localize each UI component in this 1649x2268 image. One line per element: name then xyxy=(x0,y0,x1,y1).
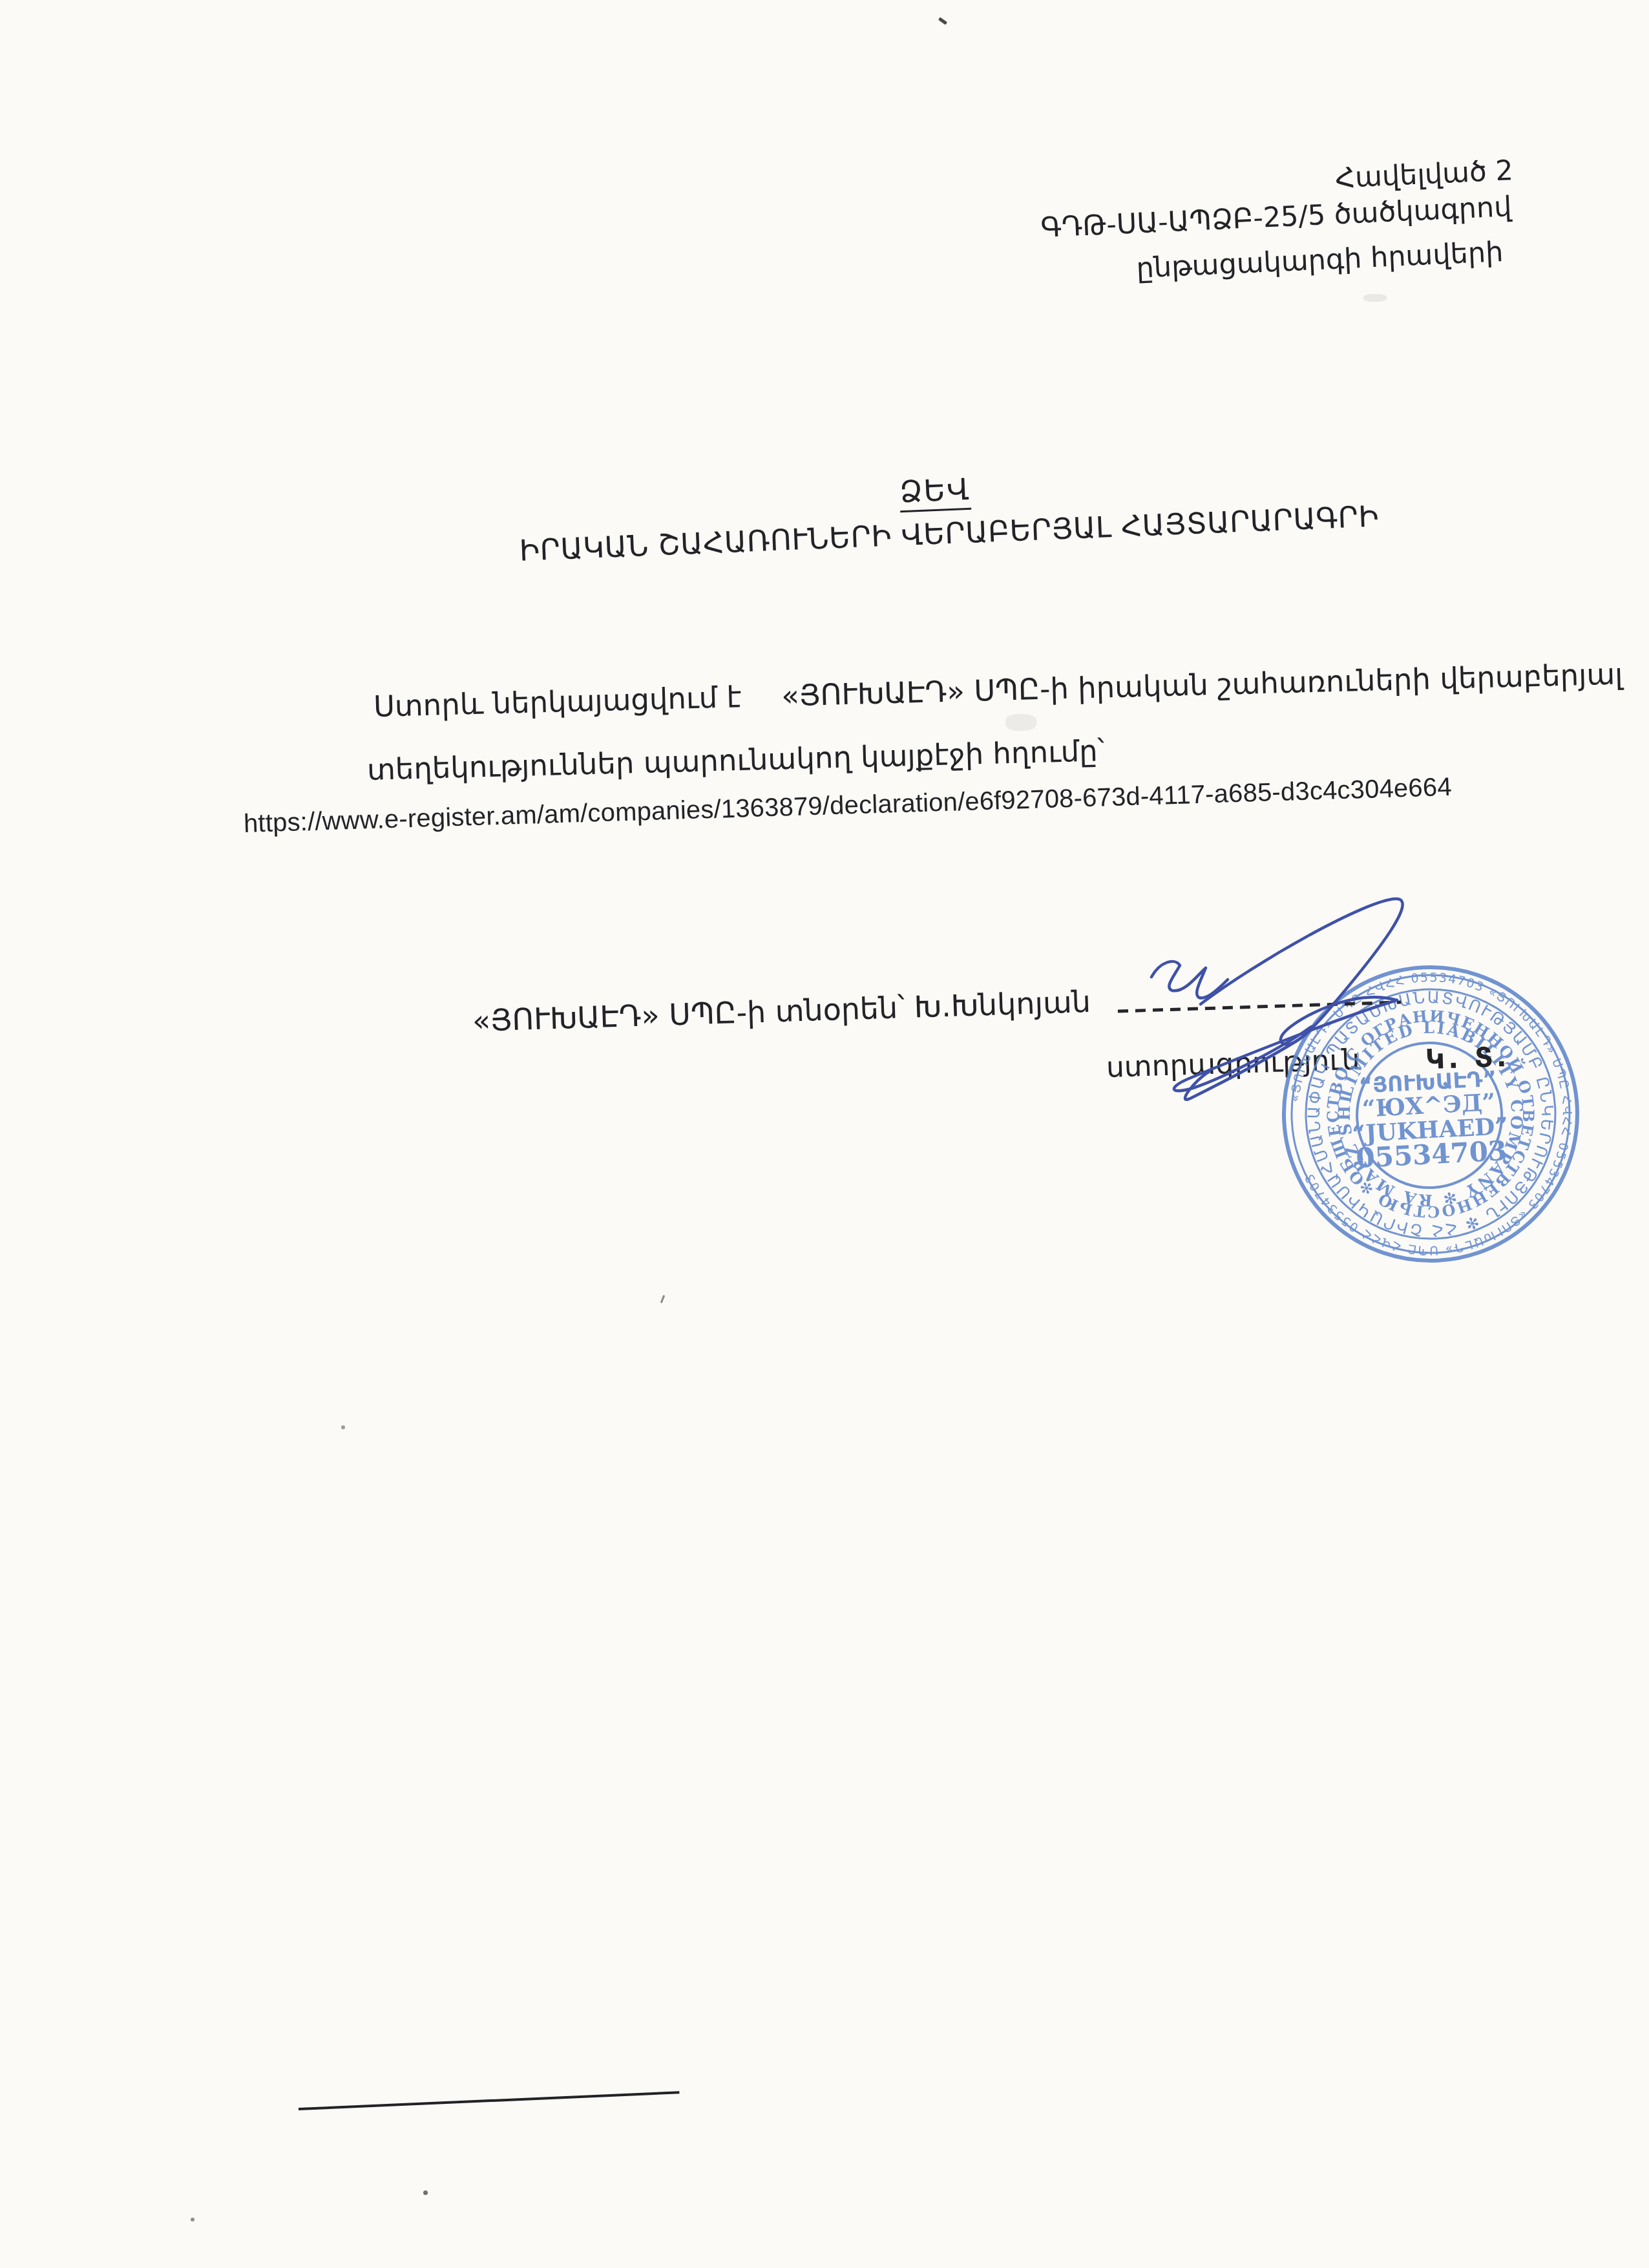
body-line-1-gap xyxy=(742,706,782,707)
scan-smudge xyxy=(1363,294,1387,302)
scan-smudge xyxy=(1005,714,1036,731)
appendix-procedure-code: ԳԴԹ-ՍԱ-ԱՊՁԲ-25/5 ծածկագրով xyxy=(1040,191,1512,244)
director-line: «ՅՈՒԽԱԷԴ» ՍՊԸ-ի տնօրեն՝ Խ.Խնկոյան xyxy=(472,985,1091,1038)
signature-main-loop xyxy=(1201,899,1403,1044)
scanned-document-page: Հավելված 2 ԳԴԹ-ՍԱ-ԱՊՁԲ-25/5 ծածկագրով ըն… xyxy=(0,0,1649,2268)
appendix-number: Հավելված 2 xyxy=(1334,155,1514,195)
scan-speck xyxy=(660,1295,666,1303)
form-label-wrap: ՁԵՎ xyxy=(740,466,1129,516)
scan-speck xyxy=(341,1425,345,1429)
scan-speck xyxy=(423,2190,428,2195)
scan-speck xyxy=(938,17,947,25)
scan-speck xyxy=(191,2218,194,2221)
signature-under-loops xyxy=(1174,1000,1397,1100)
form-label: ՁԵՎ xyxy=(899,472,971,512)
bottom-rule xyxy=(299,2091,680,2110)
body-line-1-rest: «ՅՈՒԽԱԷԴ» ՍՊԸ-ի իրական շահառուների վերաբ… xyxy=(781,656,1623,713)
body-line-1-lead: Ստորև ներկայացվում է xyxy=(373,680,742,724)
signature-dashed-line xyxy=(1118,1002,1401,1011)
appendix-invitation-line: ընթացակարգի հրավերի xyxy=(1135,236,1504,285)
signature-ink xyxy=(1098,879,1473,1163)
body-line-2: տեղեկություններ պարունակող կայքէջի հղում… xyxy=(366,734,1105,787)
body-line-1: Ստորև ներկայացվում է«ՅՈՒԽԱԷԴ» ՍՊԸ-ի իրակ… xyxy=(373,657,1623,723)
